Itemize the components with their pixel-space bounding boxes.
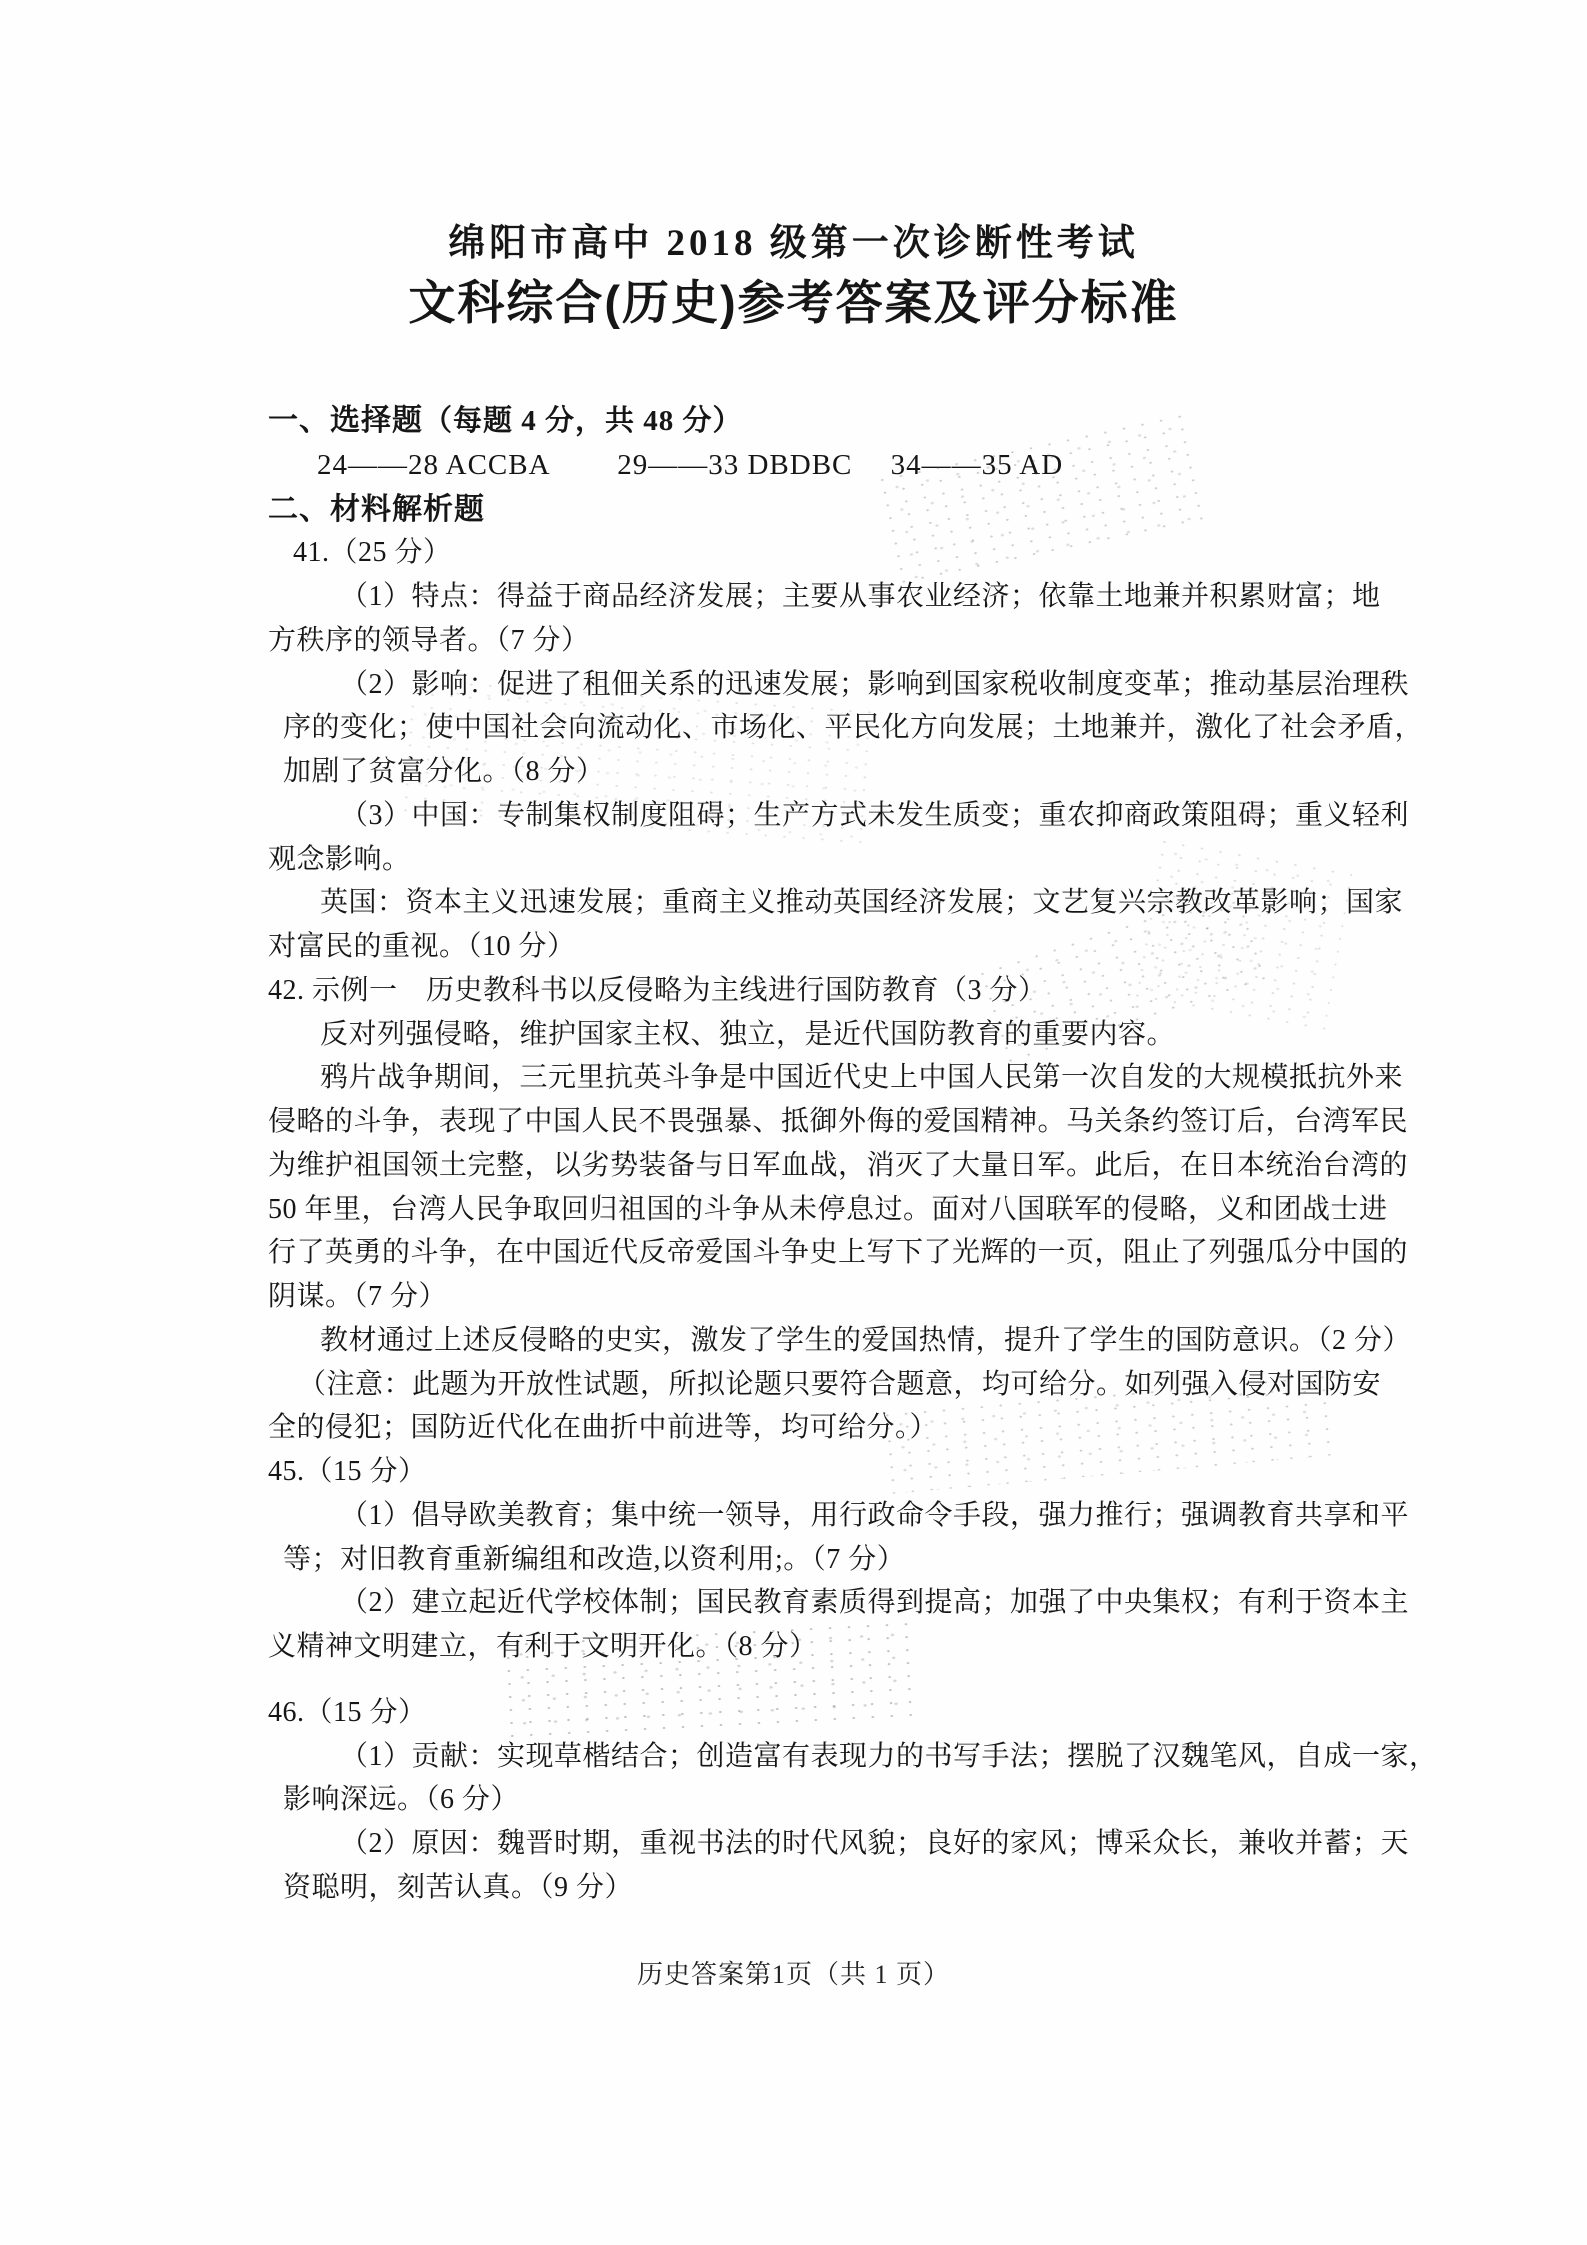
- answer-line: 侵略的斗争，表现了中国人民不畏强暴、抵御外侮的爱国精神。马关条约签订后，台湾军民: [268, 1100, 1333, 1144]
- answer-line: 观念影响。: [268, 838, 1333, 882]
- answer-line: 41.（25 分）: [293, 531, 1333, 575]
- answer-line: 行了英勇的斗争，在中国近代反帝爱国斗争史上写下了光辉的一页，阻止了列强瓜分中国的: [268, 1231, 1333, 1275]
- answer-line: 50 年里，台湾人民争取回归祖国的斗争从未停息过。面对八国联军的侵略，义和团战士…: [268, 1188, 1333, 1232]
- answer-line: （2）原因：魏晋时期，重视书法的时代风貌；良好的家风；博采众长，兼收并蓄；天: [340, 1822, 1333, 1866]
- answer-line: 教材通过上述反侵略的史实，激发了学生的爱国热情，提升了学生的国防意识。（2 分）: [320, 1319, 1333, 1363]
- answer-line: 资聪明，刻苦认真。（9 分）: [283, 1866, 1333, 1910]
- answer-line: 全的侵犯；国防近代化在曲折中前进等，均可给分。）: [268, 1406, 1333, 1450]
- answer-line: 方秩序的领导者。（7 分）: [268, 619, 1333, 663]
- answer-line: 反对列强侵略，维护国家主权、独立，是近代国防教育的重要内容。: [320, 1013, 1333, 1057]
- answer-line: 加剧了贫富分化。（8 分）: [283, 750, 1333, 794]
- section-1-heading: 一、选择题（每题 4 分，共 48 分）: [268, 399, 1333, 444]
- answer-line: 45.（15 分）: [268, 1450, 1333, 1494]
- answer-line: 序的变化；使中国社会向流动化、市场化、平民化方向发展；土地兼并，激化了社会矛盾，: [283, 706, 1333, 750]
- answer-line: （2）建立起近代学校体制；国民教育素质得到提高；加强了中央集权；有利于资本主: [340, 1581, 1333, 1625]
- answer-line: 42. 示例一 历史教科书以反侵略为主线进行国防教育（3 分）: [268, 969, 1333, 1013]
- answer-line: 影响深远。（6 分）: [283, 1778, 1333, 1822]
- answer-line: （1）倡导欧美教育；集中统一领导，用行政命令手段，强力推行；强调教育共享和平: [340, 1494, 1333, 1538]
- multiple-choice-answers: 24——28 ACCBA 29——33 DBDBC 34——35 AD: [317, 444, 1333, 488]
- answer-line: （1）贡献：实现草楷结合；创造富有表现力的书写手法；摆脱了汉魏笔风，自成一家，: [340, 1735, 1333, 1779]
- answer-line: 阴谋。（7 分）: [268, 1275, 1333, 1319]
- document-subtitle: 文科综合(历史)参考答案及评分标准: [0, 277, 1587, 329]
- section-1-heading-note: （每题 4 分，共 48 分）: [423, 405, 743, 437]
- scanned-answer-sheet-page: 绵阳市高中 2018 级第一次诊断性考试 文科综合(历史)参考答案及评分标准 一…: [0, 0, 1587, 2245]
- answer-line: 46.（15 分）: [268, 1691, 1333, 1735]
- page-footer: 历史答案第1页（共 1 页）: [0, 1954, 1587, 1991]
- answer-line: 鸦片战争期间，三元里抗英斗争是中国近代史上中国人民第一次自发的大规模抵抗外来: [320, 1056, 1333, 1100]
- answer-line: 为维护祖国领土完整，以劣势装备与日军血战，消灭了大量日军。此后，在日本统治台湾的: [268, 1144, 1333, 1188]
- answer-line: 义精神文明建立，有利于文明开化。（8 分）: [268, 1625, 1333, 1669]
- answer-line: 英国：资本主义迅速发展；重商主义推动英国经济发展；文艺复兴宗教改革影响；国家: [320, 881, 1333, 925]
- answer-line: 等；对旧教育重新编组和改造,以资利用;。（7 分）: [283, 1538, 1333, 1582]
- document-header: 绵阳市高中 2018 级第一次诊断性考试 文科综合(历史)参考答案及评分标准: [0, 0, 1587, 329]
- answer-line: 对富民的重视。（10 分）: [268, 925, 1333, 969]
- answer-line: （3）中国：专制集权制度阻碍；生产方式未发生质变；重农抑商政策阻碍；重义轻利: [340, 794, 1333, 838]
- section-2-heading: 二、材料解析题: [268, 488, 1333, 532]
- answer-content: 一、选择题（每题 4 分，共 48 分） 24——28 ACCBA 29——33…: [268, 399, 1333, 1910]
- answer-line: （1）特点：得益于商品经济发展；主要从事农业经济；依靠土地兼并积累财富；地: [340, 575, 1333, 619]
- answer-line: （2）影响：促进了租佃关系的迅速发展；影响到国家税收制度变革；推动基层治理秩: [340, 663, 1333, 707]
- section-1-heading-bold: 一、选择题: [268, 404, 423, 437]
- answer-line: （注意：此题为开放性试题，所拟论题只要符合题意，均可给分。如列强入侵对国防安: [298, 1363, 1333, 1407]
- exam-title: 绵阳市高中 2018 级第一次诊断性考试: [0, 224, 1587, 264]
